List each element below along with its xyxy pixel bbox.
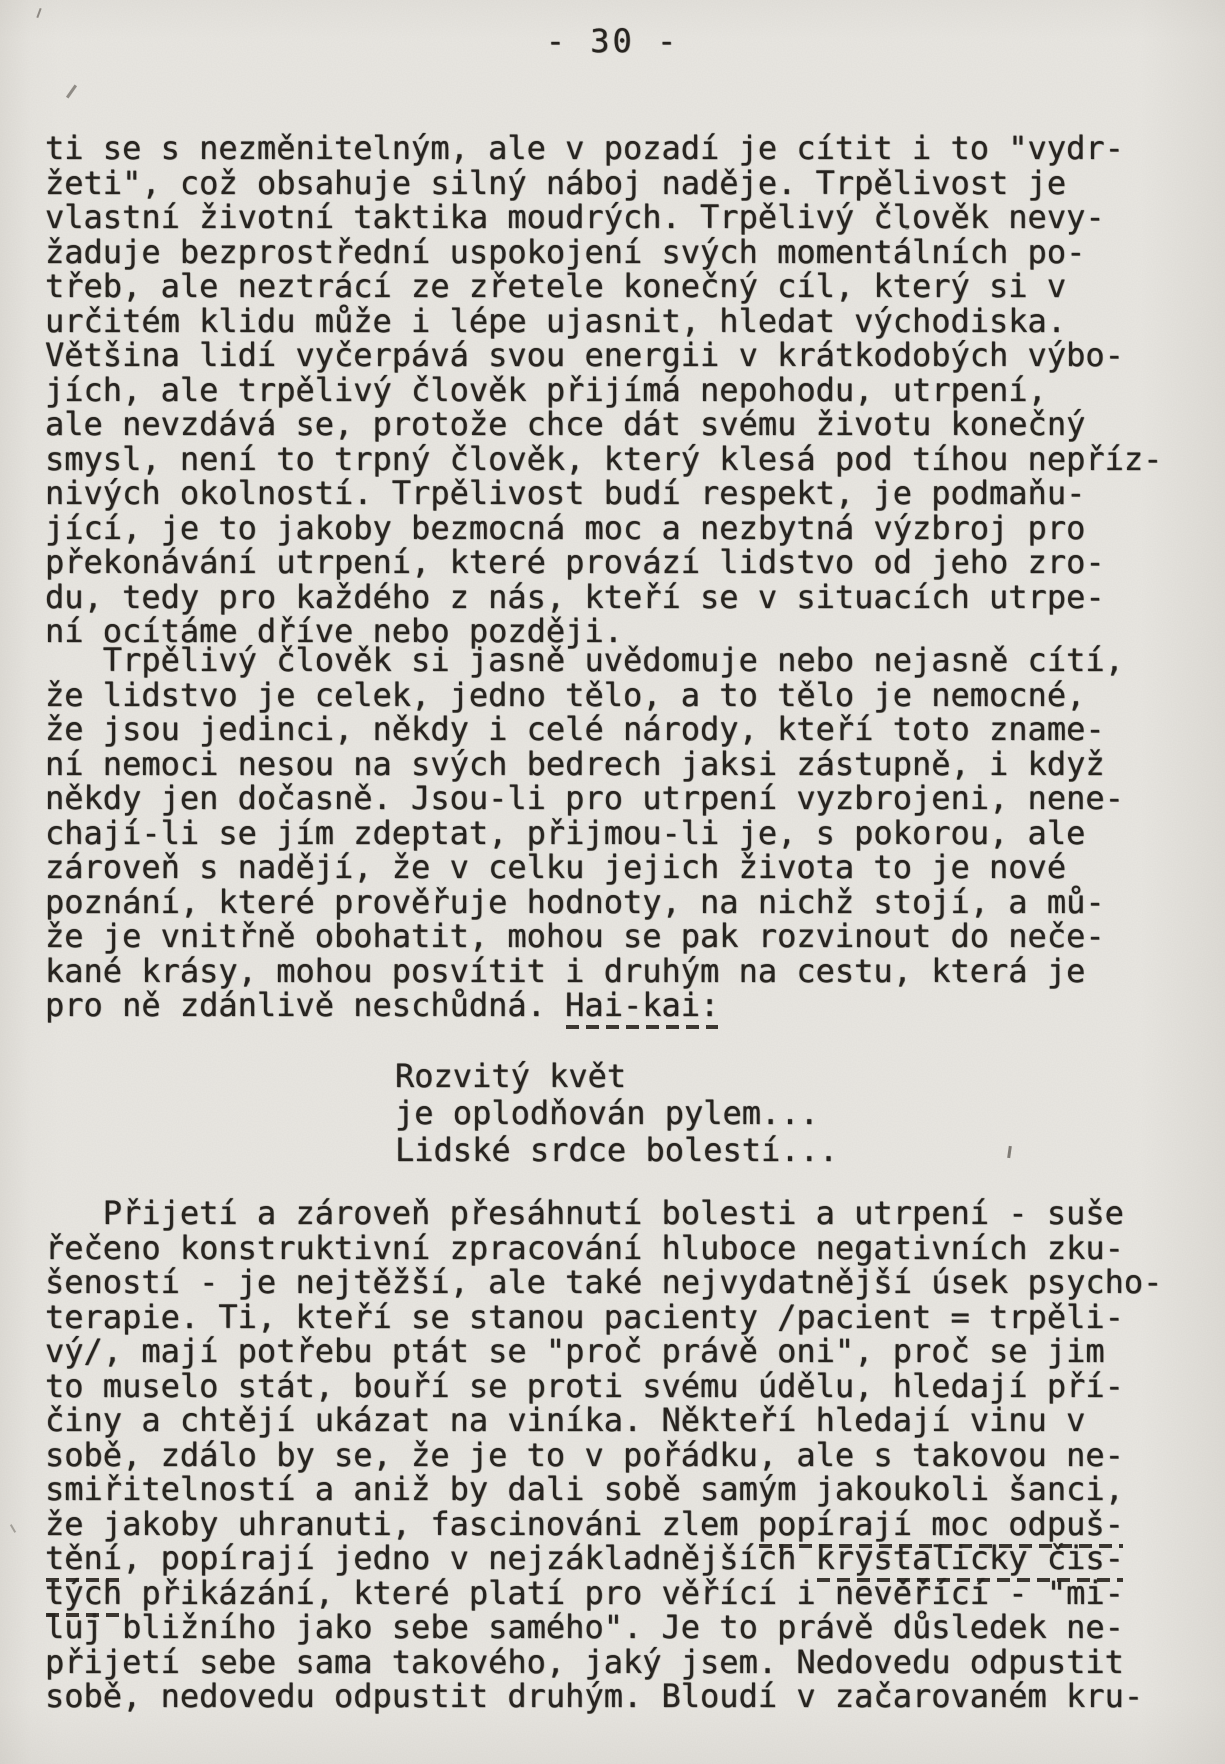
text-line: sobě, zdálo by se, že je to v pořádku, a… — [45, 1438, 1162, 1473]
text-segment: činy a chtějí ukázat na viníka. Někteří … — [45, 1401, 1085, 1439]
text-line: Rozvitý květ — [395, 1058, 838, 1095]
text-line: ale nevzdává se, protože chce dát svému … — [45, 407, 1162, 442]
text-segment: poznání, které prověřuje hodnoty, na nic… — [45, 883, 1105, 921]
text-line: sobě, nedovedu odpustit druhým. Bloudí v… — [45, 1679, 1162, 1714]
paper-scratch — [36, 8, 41, 18]
text-segment: luj bližního jako sebe samého". Je to pr… — [45, 1608, 1124, 1646]
text-segment: řečeno konstruktivní zpracování hluboce … — [45, 1229, 1124, 1267]
text-segment: sobě, zdálo by se, že je to v pořádku, a… — [45, 1436, 1124, 1474]
text-line: zároveň s nadějí, že v celku jejich živo… — [45, 850, 1124, 885]
text-segment: vlastní životní taktika moudrých. Trpěli… — [45, 198, 1105, 236]
text-segment: du, tedy pro každého z nás, kteří se v s… — [45, 578, 1105, 616]
text-segment: smiřitelností a aniž by dali sobě samým … — [45, 1470, 1124, 1508]
text-segment: sobě, nedovedu odpustit druhým. Bloudí v… — [45, 1677, 1143, 1715]
text-segment: Přijetí a zároveň přesáhnutí bolesti a u… — [45, 1194, 1124, 1232]
text-segment: vý/, mají potřebu ptát se "proč právě on… — [45, 1332, 1105, 1370]
underlined-text: tých — [45, 1574, 122, 1612]
paper-scratch — [66, 84, 77, 98]
text-line: šeností - je nejtěžší, ale také nejvydat… — [45, 1265, 1162, 1300]
text-line: třeb, ale neztrácí ze zřetele konečný cí… — [45, 269, 1162, 304]
text-segment: pro ně zdánlivě neschůdná. — [45, 986, 565, 1024]
text-segment: jící, je to jakoby bezmocná moc a nezbyt… — [45, 509, 1085, 547]
text-segment: že jsou jedinci, někdy i celé národy, kt… — [45, 710, 1105, 748]
text-line: řečeno konstruktivní zpracování hluboce … — [45, 1231, 1162, 1266]
paragraph-2: Trpělivý člověk si jasně uvědomuje nebo … — [45, 643, 1124, 1023]
text-line: určitém klidu může i lépe ujasnit, hleda… — [45, 304, 1162, 339]
text-line: chají-li se jím zdeptat, přijmou-li je, … — [45, 816, 1124, 851]
text-line: to muselo stát, bouří se proti svému údě… — [45, 1369, 1162, 1404]
text-line: luj bližního jako sebe samého". Je to pr… — [45, 1610, 1162, 1645]
text-segment: Lidské srdce bolestí... — [395, 1131, 838, 1169]
page-number: - 30 - — [0, 24, 1225, 59]
text-line: jící, je to jakoby bezmocná moc a nezbyt… — [45, 511, 1162, 546]
text-line: Trpělivý člověk si jasně uvědomuje nebo … — [45, 643, 1124, 678]
text-segment: Rozvitý květ — [395, 1057, 626, 1095]
text-line: Většina lidí vyčerpává svou energii v kr… — [45, 338, 1162, 373]
text-segment: že jakoby uhranuti, fascinováni zlem — [45, 1505, 758, 1543]
text-segment: kané krásy, mohou posvítit i druhým na c… — [45, 952, 1085, 990]
text-line: Lidské srdce bolestí... — [395, 1132, 838, 1169]
text-segment: někdy jen dočasně. Jsou-li pro utrpení v… — [45, 779, 1124, 817]
text-line: smiřitelností a aniž by dali sobě samým … — [45, 1472, 1162, 1507]
text-line: tění, popírají jedno v nejzákladnějších … — [45, 1541, 1162, 1576]
paragraph-continued: ti se s nezměnitelným, ale v pozadí je c… — [45, 131, 1162, 649]
text-segment: ale nevzdává se, protože chce dát svému … — [45, 405, 1085, 443]
text-segment: přijetí sebe sama takového, jaký jsem. N… — [45, 1643, 1124, 1681]
text-line: vý/, mají potřebu ptát se "proč právě on… — [45, 1334, 1162, 1369]
text-segment: zároveň s nadějí, že v celku jejich živo… — [45, 848, 1066, 886]
text-line: činy a chtějí ukázat na viníka. Někteří … — [45, 1403, 1162, 1438]
text-line: ti se s nezměnitelným, ale v pozadí je c… — [45, 131, 1162, 166]
text-line: přijetí sebe sama takového, jaký jsem. N… — [45, 1645, 1162, 1680]
text-segment: to muselo stát, bouří se proti svému údě… — [45, 1367, 1124, 1405]
text-segment: jích, ale trpělivý člověk přijímá nepoho… — [45, 371, 1047, 409]
underlined-text: krystalicky čis- — [816, 1539, 1124, 1577]
text-line: ní nemoci nesou na svých bedrech jaksi z… — [45, 747, 1124, 782]
text-segment: nivých okolností. Trpělivost budí respek… — [45, 474, 1085, 512]
scanned-typewritten-page: - 30 - ti se s nezměnitelným, ale v poza… — [0, 0, 1225, 1764]
paragraph-3: Přijetí a zároveň přesáhnutí bolesti a u… — [45, 1196, 1162, 1714]
text-line: nivých okolností. Trpělivost budí respek… — [45, 476, 1162, 511]
text-line: kané krásy, mohou posvítit i druhým na c… — [45, 954, 1124, 989]
paper-scratch — [10, 1524, 16, 1533]
text-segment: přikázání, které platí pro věřící i nevě… — [122, 1574, 1124, 1612]
text-line: Přijetí a zároveň přesáhnutí bolesti a u… — [45, 1196, 1162, 1231]
underlined-text: Hai-kai: — [565, 986, 719, 1024]
underlined-text: tění — [45, 1539, 122, 1577]
text-segment: třeb, ale neztrácí ze zřetele konečný cí… — [45, 267, 1066, 305]
text-segment: že je vnitřně obohatit, mohou se pak roz… — [45, 917, 1105, 955]
text-line: že jsou jedinci, někdy i celé národy, kt… — [45, 712, 1124, 747]
text-line: že lidstvo je celek, jedno tělo, a to tě… — [45, 678, 1124, 713]
text-segment: , popírají jedno v nejzákladnějších — [122, 1539, 816, 1577]
text-segment: překonávání utrpení, které provází lidst… — [45, 543, 1105, 581]
text-line: pro ně zdánlivě neschůdná. Hai-kai: — [45, 988, 1124, 1023]
text-line: je oplodňován pylem... — [395, 1095, 838, 1132]
underlined-text: popírají moc odpuš- — [758, 1505, 1124, 1543]
text-segment: šeností - je nejtěžší, ale také nejvydat… — [45, 1263, 1162, 1301]
text-line: žaduje bezprostřední uspokojení svých mo… — [45, 235, 1162, 270]
text-segment: smysl, není to trpný člověk, který klesá… — [45, 440, 1162, 478]
text-line: smysl, není to trpný člověk, který klesá… — [45, 442, 1162, 477]
text-segment: ti se s nezměnitelným, ale v pozadí je c… — [45, 129, 1124, 167]
text-segment: ní nemoci nesou na svých bedrech jaksi z… — [45, 745, 1105, 783]
text-line: vlastní životní taktika moudrých. Trpěli… — [45, 200, 1162, 235]
text-line: někdy jen dočasně. Jsou-li pro utrpení v… — [45, 781, 1124, 816]
text-line: jích, ale trpělivý člověk přijímá nepoho… — [45, 373, 1162, 408]
text-segment: určitém klidu může i lépe ujasnit, hleda… — [45, 302, 1066, 340]
text-segment: žaduje bezprostřední uspokojení svých mo… — [45, 233, 1085, 271]
text-segment: žeti", což obsahuje silný náboj naděje. … — [45, 164, 1066, 202]
text-line: překonávání utrpení, které provází lidst… — [45, 545, 1162, 580]
haiku-poem: Rozvitý květje oplodňován pylem...Lidské… — [395, 1058, 838, 1169]
text-line: tých přikázání, které platí pro věřící i… — [45, 1576, 1162, 1611]
paper-speck — [1007, 1146, 1012, 1158]
text-line: terapie. Ti, kteří se stanou pacienty /p… — [45, 1300, 1162, 1335]
text-line: poznání, které prověřuje hodnoty, na nic… — [45, 885, 1124, 920]
text-segment: terapie. Ti, kteří se stanou pacienty /p… — [45, 1298, 1124, 1336]
text-line: du, tedy pro každého z nás, kteří se v s… — [45, 580, 1162, 615]
text-segment: je oplodňován pylem... — [395, 1094, 819, 1132]
text-line: že je vnitřně obohatit, mohou se pak roz… — [45, 919, 1124, 954]
text-segment: chají-li se jím zdeptat, přijmou-li je, … — [45, 814, 1085, 852]
text-line: žeti", což obsahuje silný náboj naděje. … — [45, 166, 1162, 201]
text-segment: Většina lidí vyčerpává svou energii v kr… — [45, 336, 1124, 374]
text-segment: Trpělivý člověk si jasně uvědomuje nebo … — [45, 641, 1124, 679]
text-segment: že lidstvo je celek, jedno tělo, a to tě… — [45, 676, 1085, 714]
text-line: že jakoby uhranuti, fascinováni zlem pop… — [45, 1507, 1162, 1542]
